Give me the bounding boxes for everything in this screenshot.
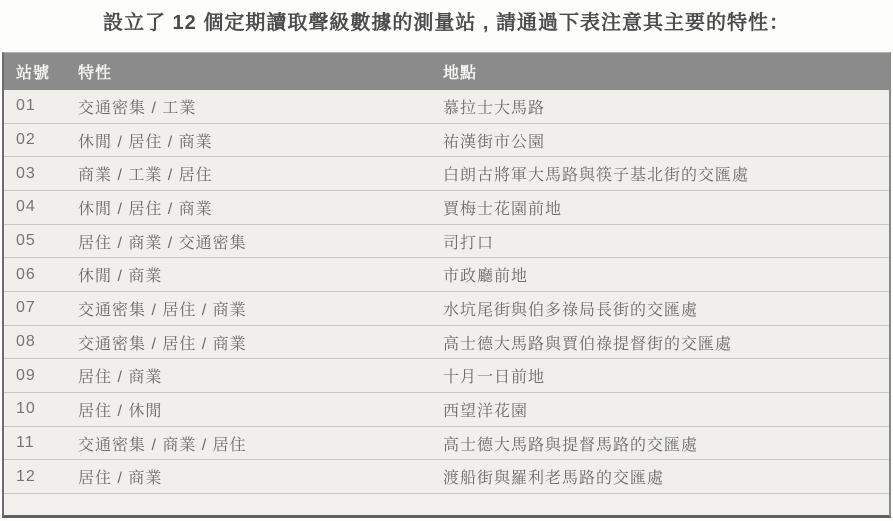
table-row: 09居住 / 商業十月一日前地 <box>4 359 889 393</box>
table-header-row: 站號 特性 地點 <box>4 53 889 90</box>
feature-cell: 居住 / 休閒 <box>66 398 431 421</box>
feature-cell: 居住 / 商業 <box>66 364 431 387</box>
table-row: 12居住 / 商業渡船街與羅利老馬路的交匯處 <box>4 460 889 494</box>
location-cell: 西望洋花園 <box>431 398 889 421</box>
table-row: 11交通密集 / 商業 / 居住高士德大馬路與提督馬路的交匯處 <box>4 427 889 461</box>
station-cell: 04 <box>4 198 66 216</box>
feature-cell: 商業 / 工業 / 居住 <box>66 162 431 185</box>
station-cell: 07 <box>4 299 66 317</box>
station-cell: 08 <box>4 333 66 351</box>
table-row: 06休閒 / 商業市政廳前地 <box>4 258 889 292</box>
column-header-feature: 特性 <box>66 60 431 83</box>
feature-cell: 居住 / 商業 <box>66 465 431 488</box>
location-cell: 高士德大馬路與提督馬路的交匯處 <box>431 432 889 455</box>
feature-cell: 休閒 / 居住 / 商業 <box>66 196 431 219</box>
monitoring-stations-table: 站號 特性 地點 01交通密集 / 工業慕拉士大馬路02休閒 / 居住 / 商業… <box>2 52 891 518</box>
station-cell: 09 <box>4 367 66 385</box>
location-cell: 祐漢街市公園 <box>431 129 889 152</box>
location-cell: 市政廳前地 <box>431 263 889 286</box>
station-cell: 11 <box>4 434 66 452</box>
location-cell: 高士德大馬路與賈伯祿提督街的交匯處 <box>431 331 889 354</box>
location-cell: 慕拉士大馬路 <box>431 95 889 118</box>
table-row: 08交通密集 / 居住 / 商業高士德大馬路與賈伯祿提督街的交匯處 <box>4 326 889 360</box>
station-cell: 01 <box>4 97 66 115</box>
table-row: 05居住 / 商業 / 交通密集司打口 <box>4 225 889 259</box>
station-cell: 10 <box>4 400 66 418</box>
feature-cell: 交通密集 / 居住 / 商業 <box>66 297 431 320</box>
station-cell: 05 <box>4 232 66 250</box>
table-row: 07交通密集 / 居住 / 商業水坑尾街與伯多祿局長街的交匯處 <box>4 292 889 326</box>
station-cell: 02 <box>4 131 66 149</box>
table-row: 04休閒 / 居住 / 商業賈梅士花園前地 <box>4 191 889 225</box>
location-cell: 十月一日前地 <box>431 364 889 387</box>
feature-cell: 交通密集 / 工業 <box>66 95 431 118</box>
feature-cell: 休閒 / 居住 / 商業 <box>66 129 431 152</box>
location-cell: 白朗古將軍大馬路與筷子基北街的交匯處 <box>431 162 889 185</box>
station-cell: 06 <box>4 266 66 284</box>
location-cell: 水坑尾街與伯多祿局長街的交匯處 <box>431 297 889 320</box>
column-header-location: 地點 <box>431 60 889 83</box>
page-title: 設立了 12 個定期讀取聲級數據的測量站 , 請通過下表注意其主要的特性： <box>0 8 893 38</box>
location-cell: 賈梅士花園前地 <box>431 196 889 219</box>
table-row: 03商業 / 工業 / 居住白朗古將軍大馬路與筷子基北街的交匯處 <box>4 157 889 191</box>
feature-cell: 居住 / 商業 / 交通密集 <box>66 230 431 253</box>
table-row: 02休閒 / 居住 / 商業祐漢街市公園 <box>4 124 889 158</box>
feature-cell: 交通密集 / 居住 / 商業 <box>66 331 431 354</box>
feature-cell: 休閒 / 商業 <box>66 263 431 286</box>
column-header-station: 站號 <box>4 60 66 83</box>
location-cell: 司打口 <box>431 230 889 253</box>
table-empty-footer-row <box>4 494 889 515</box>
station-cell: 03 <box>4 165 66 183</box>
document-page: 設立了 12 個定期讀取聲級數據的測量站 , 請通過下表注意其主要的特性： 站號… <box>0 0 893 521</box>
table-row: 10居住 / 休閒西望洋花園 <box>4 393 889 427</box>
table-row: 01交通密集 / 工業慕拉士大馬路 <box>4 90 889 124</box>
station-cell: 12 <box>4 468 66 486</box>
table-body: 01交通密集 / 工業慕拉士大馬路02休閒 / 居住 / 商業祐漢街市公園03商… <box>4 90 889 494</box>
location-cell: 渡船街與羅利老馬路的交匯處 <box>431 465 889 488</box>
feature-cell: 交通密集 / 商業 / 居住 <box>66 432 431 455</box>
